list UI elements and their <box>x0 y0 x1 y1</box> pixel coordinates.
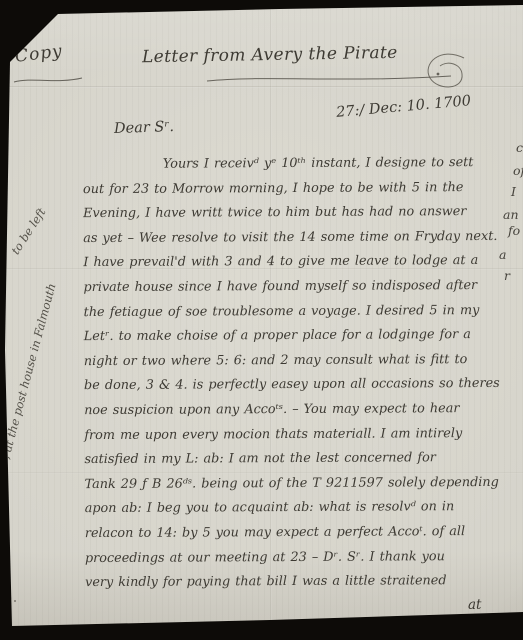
body-line: from me upon every mocion thats material… <box>84 425 500 452</box>
body-line: night or two where 5: 6: and 2 may consu… <box>84 352 500 379</box>
margin-note-line1: to be left <box>8 205 48 257</box>
body-line: private house since I have found myself … <box>83 278 499 305</box>
margin-note-line2: direct for me, at the post house in Falm… <box>0 282 59 534</box>
edge-text-fragment: an <box>503 207 519 222</box>
edge-text-fragment: c <box>516 140 523 155</box>
body-line: Letʳ. to make choise of a proper place f… <box>84 327 500 354</box>
copy-underline-flourish <box>12 74 86 86</box>
letter-title: Letter from Avery the Pirate <box>142 43 398 67</box>
ink-smudge <box>1 591 19 603</box>
body-line: noe suspicion upon any Accoᵗˢ. – You may… <box>84 401 500 428</box>
body-line: apon ab: I beg you to acquaint ab: what … <box>85 499 501 526</box>
body-line: out for 23 to Morrow morning, I hope to … <box>83 180 499 207</box>
body-line: proceedings at our meeting at 23 – Dʳ. S… <box>85 548 501 575</box>
body-line: very kindly for paying that bill I was a… <box>85 573 501 600</box>
body-line: Evening, I have writt twice to him but h… <box>83 204 499 231</box>
copy-annotation: Copy <box>14 41 64 67</box>
paper-fold-crease <box>0 86 523 88</box>
title-underline-flourish <box>205 73 455 85</box>
edge-text-fragment: I <box>511 184 516 199</box>
salutation: Dear Sʳ. <box>114 119 174 137</box>
edge-text-fragment: fo <box>508 223 520 238</box>
letter-scan: Copy Letter from Avery the Pirate 27:/ D… <box>0 0 523 640</box>
letter-body: Yours I receivᵈ yᵉ 10ᵗʰ instant, I desig… <box>83 155 501 600</box>
body-line: as yet – Wee resolve to visit the 14 som… <box>83 229 499 256</box>
catchword: at <box>468 597 481 613</box>
body-line: I have prevail'd with 3 and 4 to give me… <box>83 253 499 280</box>
body-line: relacon to 14: by 5 you may expect a per… <box>85 524 501 551</box>
edge-text-fragment: of <box>513 163 523 178</box>
edge-text-fragment: a <box>499 247 506 262</box>
title-loop-flourish <box>420 48 480 96</box>
body-line: satisfied in my L: ab: I am not the lest… <box>84 450 500 477</box>
body-line: Yours I receivᵈ yᵉ 10ᵗʰ instant, I desig… <box>83 155 499 182</box>
edge-text-fragment: r <box>504 268 510 283</box>
body-line: the fetiague of soe troublesome a voyage… <box>84 302 500 329</box>
body-line: be done, 3 & 4. is perfectly easey upon … <box>84 376 500 403</box>
body-line: Tank 29 ƒ B 26ᵈˢ. being out of the T 921… <box>85 475 501 502</box>
letter-paper: Copy Letter from Avery the Pirate 27:/ D… <box>0 0 523 640</box>
letter-date: 27:/ Dec: 10. 1700 <box>336 93 472 121</box>
